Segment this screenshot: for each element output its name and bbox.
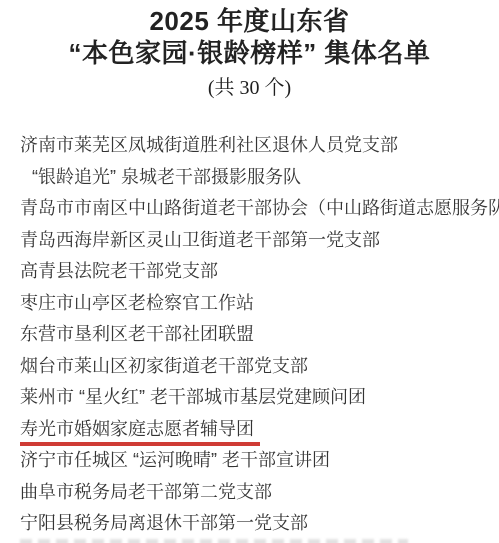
list-item: 曲阜市税务局老干部第二党支部 bbox=[20, 477, 493, 509]
list-item: 青岛市市南区中山路街道老干部协会（中山路街道志愿服务队） bbox=[20, 193, 493, 225]
list-item: 寿光市婚姻家庭志愿者辅导团 bbox=[20, 414, 493, 446]
list-item-text: 高青县法院老干部党支部 bbox=[20, 256, 218, 288]
list-item-text: “银龄追光” 泉城老干部摄影服务队 bbox=[26, 162, 301, 194]
list-item: 青岛西海岸新区灵山卫街道老干部第一党支部 bbox=[20, 225, 493, 257]
list-item-text: 济南市莱芜区凤城街道胜利社区退休人员党支部 bbox=[20, 130, 398, 162]
list-item-text: 枣庄市山亭区老检察官工作站 bbox=[20, 288, 254, 320]
award-announcement-page: 2025 年度山东省 “本色家园·银龄榜样” 集体名单 (共 30 个) 济南市… bbox=[0, 0, 499, 543]
list-item-text: 东营市垦利区老干部社团联盟 bbox=[20, 319, 254, 351]
list-item: “银龄追光” 泉城老干部摄影服务队 bbox=[20, 162, 493, 194]
list-item-text-highlighted: 寿光市婚姻家庭志愿者辅导团 bbox=[20, 418, 260, 446]
list-item-text: 宁阳县税务局离退休干部第一党支部 bbox=[20, 508, 308, 540]
list-item-text: 莱州市 “星火红” 老干部城市基层党建顾问团 bbox=[20, 382, 366, 414]
list-item: 济宁市任城区 “运河晚晴” 老干部宣讲团 bbox=[20, 445, 493, 477]
list-item: 东营市垦利区老干部社团联盟 bbox=[20, 319, 493, 351]
list-item: 宁阳县税务局离退休干部第一党支部 bbox=[20, 508, 493, 540]
list-item-text: 青岛市市南区中山路街道老干部协会（中山路街道志愿服务队） bbox=[20, 193, 499, 225]
page-title-line1: 2025 年度山东省 bbox=[0, 5, 499, 37]
subtitle-count: (共 30 个) bbox=[0, 76, 499, 100]
list-item-text: 烟台市莱山区初家街道老干部党支部 bbox=[20, 351, 308, 383]
list-item: 枣庄市山亭区老检察官工作站 bbox=[20, 288, 493, 320]
list-item: 济南市莱芜区凤城街道胜利社区退休人员党支部 bbox=[20, 130, 493, 162]
list-item: 莱州市 “星火红” 老干部城市基层党建顾问团 bbox=[20, 382, 493, 414]
list-item-text: 曲阜市税务局老干部第二党支部 bbox=[20, 477, 272, 509]
page-title-line2: “本色家园·银龄榜样” 集体名单 bbox=[0, 37, 499, 69]
title-block: 2025 年度山东省 “本色家园·银龄榜样” 集体名单 (共 30 个) bbox=[0, 0, 499, 100]
award-list: 济南市莱芜区凤城街道胜利社区退休人员党支部“银龄追光” 泉城老干部摄影服务队青岛… bbox=[0, 130, 499, 540]
list-item-text: 青岛西海岸新区灵山卫街道老干部第一党支部 bbox=[20, 225, 380, 257]
list-item: 高青县法院老干部党支部 bbox=[20, 256, 493, 288]
list-item-text: 济宁市任城区 “运河晚晴” 老干部宣讲团 bbox=[20, 445, 330, 477]
list-item: 烟台市莱山区初家街道老干部党支部 bbox=[20, 351, 493, 383]
cutoff-next-line bbox=[20, 539, 408, 543]
